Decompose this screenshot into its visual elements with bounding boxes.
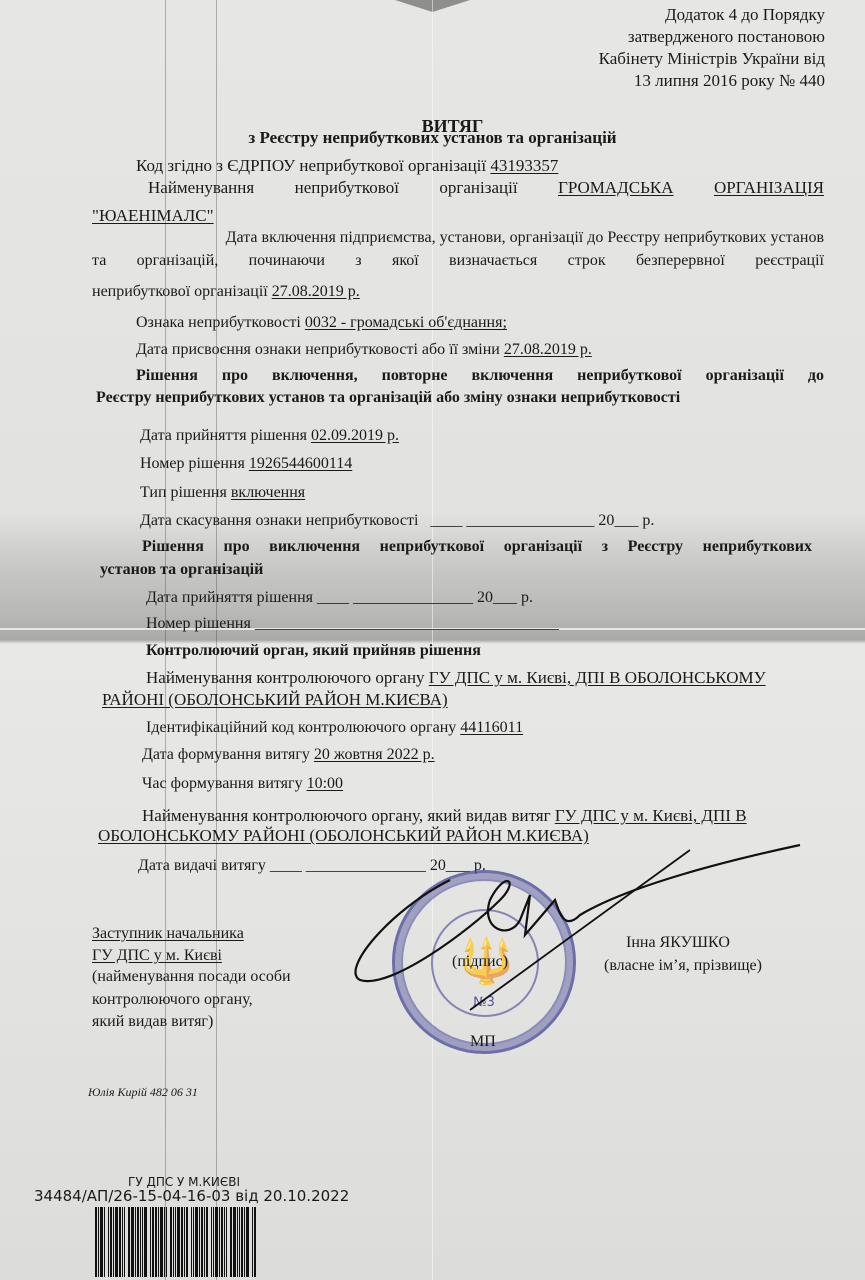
exclusion-date-value: ____ _______________ 20___ р. <box>317 589 533 606</box>
exclusion-decision-heading: Рішення про виключення неприбуткової орг… <box>142 537 812 557</box>
document-subtitle: з Реєстру неприбуткових установ та орган… <box>0 128 865 148</box>
extract-date-value: 20 жовтня 2022 р. <box>314 746 435 763</box>
signatory-caption: (найменування посади особи <box>92 967 291 987</box>
decision-type-row: Тип рішення включення <box>140 483 305 503</box>
controlling-body-value-cont: РАЙОНІ (ОБОЛОНСЬКИЙ РАЙОН М.КИЄВА) <box>102 690 448 710</box>
signatory-caption: який видав витяг) <box>92 1012 213 1032</box>
inclusion-line: Дата включення підприємства, установи, о… <box>136 228 824 248</box>
decision-number-value: 1926544600114 <box>249 455 352 472</box>
nonprofit-sign-label: Ознака неприбутковості <box>136 314 301 331</box>
edrpou-value: 43193357 <box>490 156 558 175</box>
cancel-date-label: Дата скасування ознаки неприбутковості <box>140 512 418 529</box>
appendix-note: Додаток 4 до Порядку затвердженого поста… <box>599 4 825 92</box>
nonprofit-sign-value: 0032 - громадські об'єднання; <box>305 314 507 331</box>
appendix-line: Кабінету Міністрів України від <box>599 48 825 70</box>
cancel-date-row: Дата скасування ознаки неприбутковості _… <box>140 511 654 531</box>
nonprofit-sign-row: Ознака неприбутковості 0032 - громадські… <box>136 313 507 333</box>
issue-date-row: Дата видачі витягу ____ _______________ … <box>138 856 486 876</box>
sign-date-value: 27.08.2019 р. <box>504 341 592 358</box>
sign-date-label: Дата присвоєння ознаки неприбутковості а… <box>136 341 500 358</box>
extract-date-label: Дата формування витягу <box>142 746 310 763</box>
inclusion-date-row: неприбуткової організації 27.08.2019 р. <box>92 282 360 302</box>
executor-contact: Юлія Кирій 482 06 31 <box>88 1082 198 1102</box>
controlling-body-label: Найменування контролюючого органу <box>146 668 425 687</box>
exclusion-number-label: Номер рішення <box>146 615 251 632</box>
controlling-body-name-row: Найменування контролюючого органу ГУ ДПС… <box>146 668 766 688</box>
org-name-label: організації <box>439 178 517 198</box>
extract-time-row: Час формування витягу 10:00 <box>142 774 343 794</box>
seal-number: №3 <box>395 995 573 1010</box>
extract-time-label: Час формування витягу <box>142 775 303 792</box>
controlling-body-id-value: 44116011 <box>460 719 523 736</box>
appendix-line: затвердженого постановою <box>599 26 825 48</box>
issue-date-label: Дата видачі витягу <box>138 857 266 874</box>
org-name-row: Найменування неприбуткової організації Г… <box>148 178 824 198</box>
signatory-position-cont: ГУ ДПС у м. Києві <box>92 946 222 966</box>
signatory-position: Заступник начальника <box>92 924 244 944</box>
org-name-label: Найменування <box>148 178 254 198</box>
org-name-value: ГРОМАДСЬКА <box>558 178 673 198</box>
exclusion-date-label: Дата прийняття рішення <box>146 589 313 606</box>
cancel-date-value: ____ ________________ 20___ р. <box>430 512 654 529</box>
decision-type-label: Тип рішення <box>140 484 227 501</box>
exclusion-number-value: ______________________________________ <box>255 615 559 632</box>
appendix-line: 13 липня 2016 року № 440 <box>599 70 825 92</box>
decision-number-row: Номер рішення 1926544600114 <box>140 454 352 474</box>
issuer-value-cont: ОБОЛОНСЬКОМУ РАЙОНІ (ОБОЛОНСЬКИЙ РАЙОН М… <box>98 826 589 846</box>
signatory-caption: контролюючого органу, <box>92 990 253 1010</box>
org-name-value: ОРГАНІЗАЦІЯ <box>714 178 824 198</box>
edrpou-label: Код згідно з ЄДРПОУ неприбуткової органі… <box>136 156 486 175</box>
issuer-row: Найменування контролюючого органу, який … <box>142 806 747 826</box>
issue-date-value: ____ _______________ 20___ р. <box>270 857 486 874</box>
controlling-body-id-row: Ідентифікаційний код контролюючого орган… <box>146 718 523 738</box>
controlling-body-heading: Контролюючий орган, який прийняв рішення <box>146 641 481 661</box>
decision-date-label: Дата прийняття рішення <box>140 427 307 444</box>
decision-type-value: включення <box>231 484 305 501</box>
exclusion-number-row: Номер рішення __________________________… <box>146 614 559 634</box>
decision-number-label: Номер рішення <box>140 455 245 472</box>
edrpou-row: Код згідно з ЄДРПОУ неприбуткової органі… <box>136 156 558 176</box>
controlling-body-value: ГУ ДПС у м. Києві, ДПІ В ОБОЛОНСЬКОМУ <box>429 668 766 687</box>
inclusion-decision-heading: Рішення про включення, повторне включенн… <box>136 366 824 386</box>
inclusion-label: неприбуткової організації <box>92 283 268 300</box>
extract-time-value: 10:00 <box>307 775 343 792</box>
appendix-line: Додаток 4 до Порядку <box>599 4 825 26</box>
decision-date-value: 02.09.2019 р. <box>311 427 399 444</box>
org-name-value-cont: "ЮАЕНІМАЛС" <box>92 206 214 226</box>
exclusion-decision-heading-cont: установ та організацій <box>100 560 263 580</box>
signature-caption: (підпис) <box>452 952 508 972</box>
barcode <box>95 1207 335 1277</box>
signatory-name-caption: (власне ім’я, прізвище) <box>604 956 762 976</box>
inclusion-date-value: 27.08.2019 р. <box>272 283 360 300</box>
inclusion-line: та організацій, починаючи з якої визнача… <box>92 251 824 271</box>
controlling-body-id-label: Ідентифікаційний код контролюючого орган… <box>146 719 456 736</box>
exclusion-date-row: Дата прийняття рішення ____ ____________… <box>146 588 533 608</box>
signatory-name: Інна ЯКУШКО <box>626 933 730 953</box>
extract-date-row: Дата формування витягу 20 жовтня 2022 р. <box>142 745 435 765</box>
issuer-value: ГУ ДПС у м. Києві, ДПІ В <box>555 806 747 825</box>
seal-caption: МП <box>470 1032 496 1052</box>
issuer-label: Найменування контролюючого органу, який … <box>142 806 551 825</box>
decision-date-row: Дата прийняття рішення 02.09.2019 р. <box>140 426 399 446</box>
sign-date-row: Дата присвоєння ознаки неприбутковості а… <box>136 340 592 360</box>
barcode-reference: 34484/АП/26-15-04-16-03 від 20.10.2022 <box>34 1186 349 1206</box>
org-name-label: неприбуткової <box>295 178 399 198</box>
inclusion-decision-heading-cont: Реєстру неприбуткових установ та організ… <box>96 388 680 408</box>
